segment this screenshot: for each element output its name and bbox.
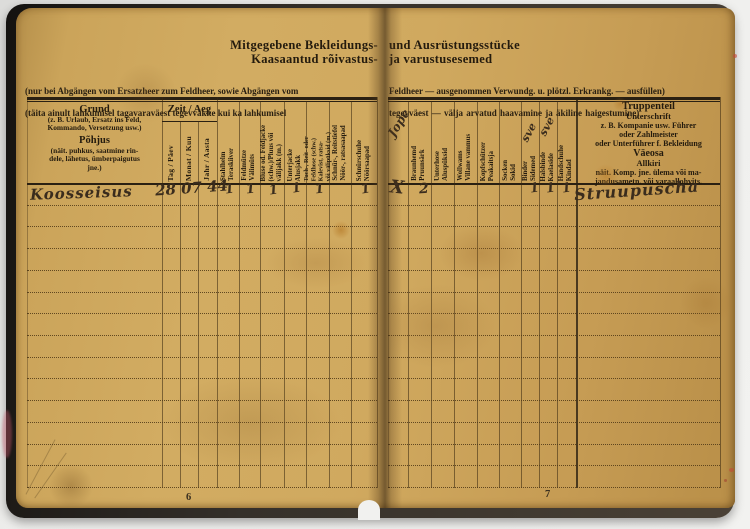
right-subtitle-german: Feldheer — ausgenommen Verwundg. u. plöt… [389,86,724,97]
table-row [388,227,720,249]
table-row [388,358,720,380]
col-header-socken: Socken Sokid [499,103,521,181]
grund-title-et: Põhjus [27,135,162,147]
handwritten-mark: 1 [561,180,572,196]
table-row [27,249,377,271]
col-header-unterhose: Unterhose Aluspüksid [431,103,454,181]
table-row [27,401,377,423]
col-header-bluse: Bluse od. Feldjacke (schw.)/Pluus või vä… [260,103,284,181]
grund-note-et: (näit. puhkus, saatmine rin- dele, lähet… [27,147,162,172]
truppenteil-line: oder Unterführer f. Bekleidung [577,139,720,148]
left-table-body [27,184,377,488]
truppenteil-line: Allkiri [577,159,720,168]
table-row [27,314,377,336]
handwritten-mark: 1 [245,182,256,198]
grid-line [720,97,721,488]
red-speck [724,479,727,482]
col-header-stahlhelm: Stahlhelm Teraskiiver [217,103,239,181]
open-pages: Mitgegebene Bekleidungs- Kaasaantud rõiv… [16,8,735,508]
col-header-feldhose: Tuch-, Reit- oder Feldhose (schw.) Kalev… [306,103,329,181]
col-header-tag: Tag / Päev [162,122,180,181]
grund-note-de: (z. B. Urlaub, Ersatz ins Feld, Kommando… [27,116,162,133]
table-row [388,314,720,336]
table-row [27,336,377,358]
table-row [388,401,720,423]
col-header-wollwams: Wollwams Villane vammus [454,103,477,181]
table-row [27,445,377,467]
handwritten-mark: 1 [529,180,540,196]
table-row [27,466,377,488]
left-title-estonian: Kaasaantud rõivastus- [156,53,378,67]
table-row [27,206,377,228]
col-header-monat: Monat / Kuu [180,122,198,181]
handwritten-mark: 1 [545,180,556,196]
col-header-kopfschuetzer: Kopfschützer Peakaitsja [477,103,499,181]
col-header-handschuhe: Handschuhe Kindad [557,103,576,181]
left-subtitle-german: (nur bei Abgängen vom Ersatzheer zum Fel… [25,86,380,97]
left-page-number: 6 [186,492,191,503]
right-table-top-rule [388,97,720,100]
table-row [388,336,720,358]
col-header-reitstiefel: Schnür-, Reitstiefel Nöör-, ratsasaapad [329,103,351,181]
right-table-body [388,184,720,488]
right-page-title: und Ausrüstungsstücke ja varustusesemed [389,39,639,66]
col-header-halsbinde: Halsbinde Kaelaside [539,103,557,181]
table-row [27,358,377,380]
left-page-title: Mitgegebene Bekleidungs- Kaasaantud rõiv… [156,39,378,66]
table-row [27,423,377,445]
table-row [27,379,377,401]
col-header-feldmuetze: Feldmütze Välimüts [239,103,260,181]
zeit-aeg-header: Zeit / Aeg [162,104,217,115]
red-speck [733,54,737,58]
right-page-number: 7 [545,489,550,500]
handwritten-mark: 1 [314,182,325,198]
truppenteil-line: oder Zahlmeister [577,130,720,139]
table-row [388,249,720,271]
center-spine-shadow [368,8,402,508]
left-table-top-rule-thin [27,101,377,102]
truppenteil-line: z. B. Kompanie usw. Führer [577,121,720,130]
handwritten-mark: 1 [224,181,235,197]
table-row [27,293,377,315]
truppenteil-line: Unterschrift [577,112,720,121]
table-row [388,445,720,467]
right-title-estonian: ja varustusesemed [389,53,639,67]
table-row [388,466,720,488]
pink-smudge [2,410,12,458]
grund-column-header: Grund (z. B. Urlaub, Ersatz ins Feld, Ko… [27,104,162,172]
table-row [388,379,720,401]
table-row [388,423,720,445]
handwritten-count: 2 [418,181,429,198]
red-speck [729,468,734,472]
scanned-booklet: Mitgegebene Bekleidungs- Kaasaantud rõiv… [0,0,750,529]
table-row [388,271,720,293]
right-title-german: und Ausrüstungsstücke [389,39,639,53]
left-table-top-rule [27,97,377,100]
table-row [27,227,377,249]
left-title-german: Mitgegebene Bekleidungs- [156,39,378,53]
table-row [27,271,377,293]
table-row [388,206,720,228]
table-row [388,293,720,315]
spine-bottom-gap [358,500,380,520]
truppenteil-column-header: Truppenteil Unterschrift z. B. Kompanie … [577,101,720,186]
handwritten-mark: 1 [268,182,279,198]
handwritten-reason: Koosseisus [30,182,133,204]
col-header-jahr: Jahr / Aasta [198,122,217,181]
